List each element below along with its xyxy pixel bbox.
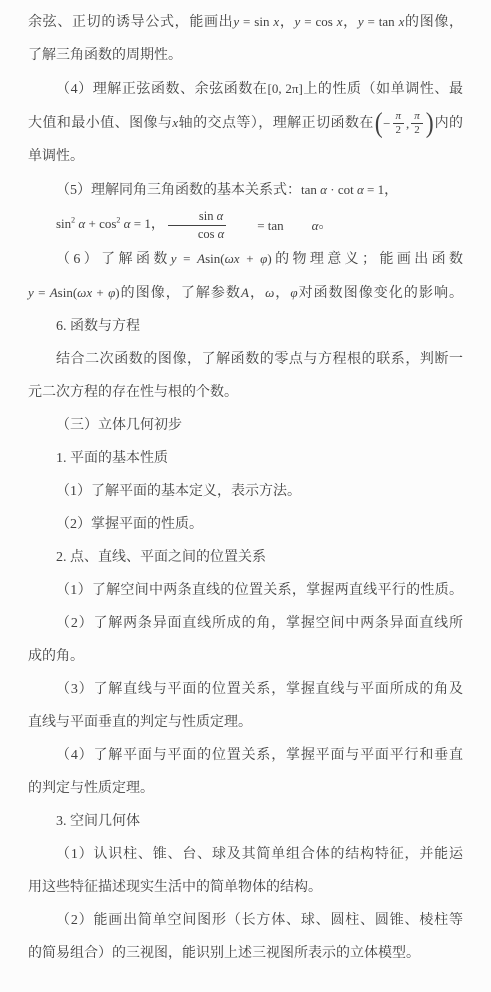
text-run: 轴的交点等），理解正切函数在 (178, 116, 374, 131)
formula-sin-over-cos: sin αcos α = tan α (165, 208, 319, 243)
doc-line-28: （2）能画出简单空间图形（长方体、球、圆柱、圆锥、棱柱等 (28, 904, 463, 937)
math-token: α (357, 182, 364, 197)
math-token: = tan (368, 14, 395, 29)
denominator: 2 (393, 124, 405, 138)
doc-line-9: y = Asin(ωx + φ)的图像，了解参数A，ω，φ对函数图像变化的影响。 (28, 276, 463, 310)
doc-line-7: sin2 α + cos2 α = 1，sin αcos α = tan α。 (28, 207, 463, 242)
math-token: + (96, 285, 103, 300)
math-var-A: A (241, 285, 249, 300)
denominator: 2 (411, 124, 423, 138)
doc-line-12: 元二次方程的存在性与根的个数。 (28, 376, 463, 409)
formula-sin2-cos2: sin2 α + cos2 α = 1 (56, 216, 151, 231)
math-token: + cos (89, 216, 117, 231)
text-run: ， (274, 286, 290, 301)
text-run: （4）理解正弦函数、余弦函数在 (56, 82, 267, 97)
math-token: = (38, 285, 45, 300)
math-token: ωx (77, 285, 92, 300)
math-token: cos (198, 227, 215, 241)
superscript-2: 2 (71, 216, 75, 225)
formula-y-eq-cosx: y = cos x (295, 14, 343, 29)
text-run: 的图像， (404, 15, 463, 30)
text-run: （5）理解同角三角函数的基本关系式： (56, 183, 301, 198)
math-token: α (320, 182, 327, 197)
doc-line-6: （5）理解同角三角函数的基本关系式：tan α · cot α = 1， (28, 173, 463, 207)
math-token: = cos (304, 14, 333, 29)
math-token: = tan (229, 209, 283, 242)
doc-line-13: （三）立体几何初步 (28, 409, 463, 442)
math-var-phi: φ (290, 285, 297, 300)
math-token: = 1 (134, 216, 151, 231)
doc-line-22: 直线与平面垂直的判定与性质定理。 (28, 706, 463, 739)
math-token: = 1 (367, 182, 384, 197)
doc-line-16: （2）掌握平面的性质。 (28, 508, 463, 541)
math-token: sin (56, 216, 71, 231)
formula-y-eq-sinx: y = sin x (233, 14, 279, 29)
doc-line-14: 1. 平面的基本性质 (28, 442, 463, 475)
doc-line-15: （1）了解平面的基本定义，表示方法。 (28, 475, 463, 508)
right-paren: ) (425, 110, 433, 138)
math-token: A (197, 251, 205, 266)
math-token: sin (199, 209, 214, 223)
text-run: 大值和最小值、图像与 (28, 116, 172, 131)
text-run: 内的 (434, 116, 463, 131)
doc-line-24: 的判定与性质定理。 (28, 772, 463, 805)
math-token: α (217, 209, 224, 223)
math-token: α (284, 209, 319, 242)
denominator: cos α (167, 226, 227, 243)
numerator: π (393, 110, 405, 125)
numerator: π (411, 110, 423, 125)
doc-line-23: （4）了解平面与平面的位置关系，掌握平面与平面平行和垂直 (28, 739, 463, 772)
doc-line-8: （6）了解函数y = Asin(ωx + φ)的物理意义；能画出函数 (28, 242, 463, 276)
formula-tan-interval: (−π2,π2) (374, 107, 434, 140)
doc-line-5: 单调性。 (28, 140, 463, 173)
math-token: y (233, 14, 239, 29)
doc-line-19: （2）了解两条异面直线所成的角，掌握空间中两条异面直线所 (28, 607, 463, 640)
text-run: 上的性质（如单调性、最 (303, 82, 463, 97)
doc-line-17: 2. 点、直线、平面之间的位置关系 (28, 541, 463, 574)
math-token: sin( (205, 251, 225, 266)
document-page: 余弦、正切的诱导公式，能画出y = sin x，y = cos x，y = ta… (0, 0, 491, 992)
doc-line-27: 用这些特征描述现实生活中的简单物体的结构。 (28, 871, 463, 904)
math-token: cot (338, 182, 354, 197)
math-token: y (171, 251, 177, 266)
math-token: · (330, 182, 334, 197)
minus-sign: − (383, 107, 390, 140)
formula-y-eq-tanx: y = tan x (358, 14, 405, 29)
doc-line-2: 了解三角函数的周期性。 (28, 39, 463, 72)
fraction-pi-over-2: π2 (393, 110, 405, 139)
text-run: ， (342, 15, 357, 30)
math-token: y (358, 14, 364, 29)
text-run: 的图像，了解参数 (120, 286, 241, 301)
text-run: 对函数图像变化的影响。 (298, 286, 463, 301)
left-paren: ( (375, 110, 383, 138)
doc-line-26: （1）认识柱、锥、台、球及其简单组合体的结构特征，并能运 (28, 838, 463, 871)
text-run: ， (279, 15, 294, 30)
doc-line-10: 6. 函数与方程 (28, 310, 463, 343)
doc-line-3: （4）理解正弦函数、余弦函数在[0, 2π]上的性质（如单调性、最 (28, 72, 463, 106)
text-run: ， (151, 217, 165, 232)
math-token: = sin (243, 14, 269, 29)
numerator: sin α (168, 208, 226, 226)
math-token: y (295, 14, 301, 29)
text-run: 余弦、正切的诱导公式，能画出 (28, 15, 233, 30)
doc-line-11: 结合二次函数的图像，了解函数的零点与方程根的联系，判断一 (28, 343, 463, 376)
formula-asin-wave: y = Asin(ωx + φ) (28, 285, 120, 300)
math-token: ωx (225, 251, 240, 266)
formula-asin-wave: y = Asin(ωx + φ) (171, 251, 272, 266)
fraction-pi-over-2: π2 (411, 110, 423, 139)
doc-line-29: 的简易组合）的三视图，能识别上述三视图所表示的立体模型。 (28, 937, 463, 970)
math-token: y (28, 285, 34, 300)
fraction-sin-cos: sin αcos α (167, 208, 227, 243)
doc-line-20: 成的角。 (28, 640, 463, 673)
doc-line-1: 余弦、正切的诱导公式，能画出y = sin x，y = cos x，y = ta… (28, 5, 463, 39)
math-token: tan (301, 182, 317, 197)
math-token: + (246, 251, 253, 266)
comma-sign: , (406, 107, 409, 140)
formula-interval-0-2pi: [0, 2π] (267, 81, 302, 96)
text-run: 的物理意义；能画出函数 (272, 252, 463, 267)
math-token: α (218, 227, 225, 241)
math-token: α (78, 216, 85, 231)
math-token: A (50, 285, 58, 300)
doc-line-18: （1）了解空间中两条直线的位置关系，掌握两直线平行的性质。 (28, 574, 463, 607)
math-token: sin( (58, 285, 78, 300)
doc-line-21: （3）了解直线与平面的位置关系，掌握直线与平面所成的角及 (28, 673, 463, 706)
math-token: = (183, 251, 190, 266)
text-run: ， (249, 286, 265, 301)
doc-line-25: 3. 空间几何体 (28, 805, 463, 838)
doc-line-4: 大值和最小值、图像与x轴的交点等），理解正切函数在(−π2,π2)内的 (28, 106, 463, 140)
text-run: 。 (319, 217, 333, 232)
formula-tan-cot: tan α · cot α = 1 (301, 182, 384, 197)
math-token: α (124, 216, 131, 231)
text-run: ， (384, 183, 398, 198)
superscript-2: 2 (116, 216, 120, 225)
math-var-omega: ω (265, 285, 274, 300)
text-run: （6）了解函数 (56, 252, 171, 267)
